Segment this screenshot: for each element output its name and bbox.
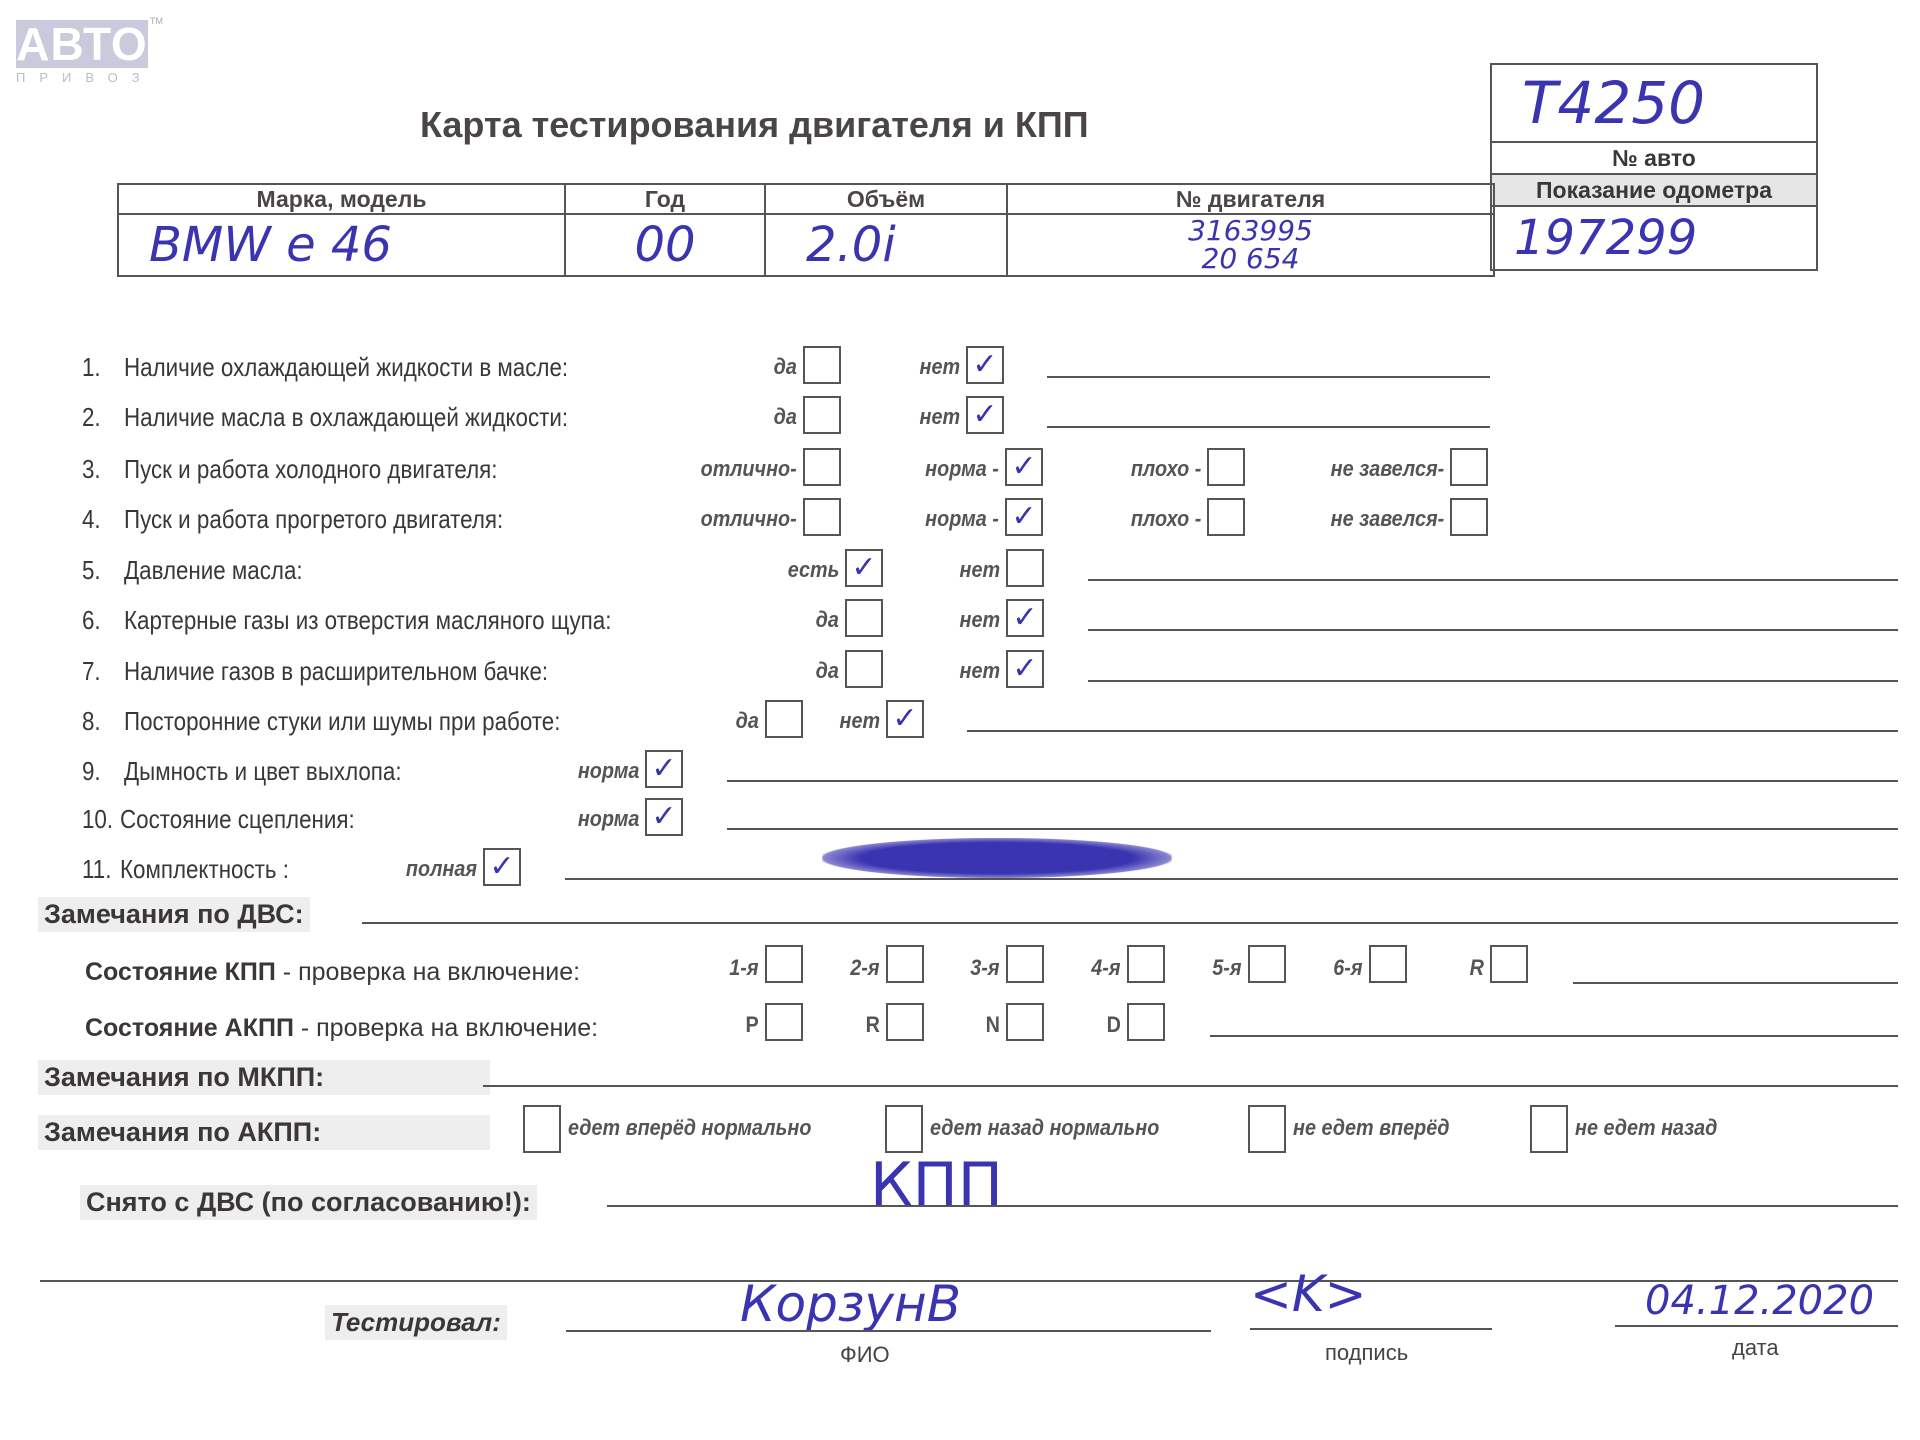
gear-checkbox[interactable] — [765, 1003, 803, 1041]
remarks-auto-label: Замечания по АКПП: — [38, 1115, 490, 1150]
gear-checkbox[interactable] — [765, 945, 803, 983]
option-label: норма — [577, 758, 639, 784]
item-label: Пуск и работа холодного двигателя: — [124, 454, 497, 485]
gear-checkbox[interactable] — [886, 1003, 924, 1041]
item-number: 1. — [82, 352, 101, 383]
option-label: есть — [787, 557, 839, 583]
gear-label: 3-я — [971, 955, 1000, 981]
auto-number: T4250 — [1492, 65, 1816, 143]
logo-trademark: TM — [150, 16, 163, 26]
option-label: норма - — [925, 506, 999, 532]
option-label: нет — [959, 658, 1000, 684]
item-number: 5. — [82, 555, 101, 586]
col-engine-number: № двигателя — [1007, 184, 1494, 214]
gear-checkbox[interactable] — [886, 945, 924, 983]
date-line[interactable] — [1615, 1325, 1898, 1327]
auto-remark-label: не едет вперёд — [1293, 1115, 1450, 1141]
test-date: 04.12.2020 — [1645, 1278, 1874, 1324]
gear-checkbox[interactable] — [1490, 945, 1528, 983]
col-year: Год — [565, 184, 765, 214]
name-caption: ФИО — [840, 1342, 890, 1368]
notes-line[interactable] — [565, 878, 1898, 880]
auto-remark-label: едет назад нормально — [930, 1115, 1159, 1141]
checkbox[interactable] — [765, 700, 803, 738]
item-number: 6. — [82, 605, 101, 636]
item-label: Комплектность : — [120, 854, 289, 885]
checkbox[interactable] — [845, 650, 883, 688]
option-label: норма - — [925, 456, 999, 482]
option-label: да — [774, 404, 797, 430]
checkbox[interactable]: ✓ — [1005, 498, 1043, 536]
checkbox[interactable] — [1006, 549, 1044, 587]
year-value: 00 — [565, 214, 765, 276]
item-number: 2. — [82, 402, 101, 433]
item-label: Давление масла: — [124, 555, 303, 586]
col-model: Марка, модель — [118, 184, 565, 214]
checkbox[interactable]: ✓ — [645, 798, 683, 836]
notes-line[interactable] — [727, 780, 1898, 782]
auto-info-box: T4250 № авто Показание одометра 197299 — [1490, 63, 1818, 271]
gear-label: R — [866, 1012, 880, 1038]
logo-subtitle: ПРИВОЗ — [16, 70, 148, 85]
gear-label: 1-я — [730, 955, 759, 981]
option-label: да — [736, 708, 759, 734]
item-label: Состояние сцепления: — [120, 804, 355, 835]
tester-name: КорзунВ — [740, 1275, 961, 1333]
engine-number-line2: 20 654 — [1008, 245, 1493, 273]
manual-check-line[interactable] — [1573, 982, 1898, 984]
option-label: норма — [577, 806, 639, 832]
removed-label: Снято с ДВС (по согласованию!): — [80, 1185, 537, 1220]
option-label: нет — [919, 404, 960, 430]
notes-line[interactable] — [1047, 376, 1490, 378]
gear-label: P — [746, 1012, 759, 1038]
option-label: да — [816, 658, 839, 684]
gear-checkbox[interactable] — [1248, 945, 1286, 983]
engine-number-value: 3163995 20 654 — [1007, 214, 1494, 276]
item-number: 8. — [82, 706, 101, 737]
gear-checkbox[interactable] — [1369, 945, 1407, 983]
volume-value: 2.0i — [765, 214, 1007, 276]
item-number: 3. — [82, 454, 101, 485]
item-number: 10. — [82, 804, 113, 835]
auto-remark-checkbox[interactable] — [1248, 1105, 1286, 1153]
odometer-value: 197299 — [1492, 207, 1816, 269]
gear-label: D — [1107, 1012, 1121, 1038]
notes-line[interactable] — [967, 730, 1898, 732]
auto-remark-checkbox[interactable] — [523, 1105, 561, 1153]
option-label: отлично- — [701, 506, 797, 532]
item-label: Наличие масла в охлаждающей жидкости: — [124, 402, 568, 433]
checkbox[interactable]: ✓ — [966, 396, 1004, 434]
item-label: Наличие газов в расширительном бачке: — [124, 656, 548, 687]
checkbox[interactable] — [1207, 448, 1245, 486]
notes-line[interactable] — [1088, 680, 1898, 682]
scribbled-out-text — [822, 838, 1172, 878]
option-label: да — [816, 607, 839, 633]
auto-remark-label: не едет назад — [1575, 1115, 1717, 1141]
option-label: нет — [959, 607, 1000, 633]
option-label: плохо - — [1131, 506, 1201, 532]
odometer-label: Показание одометра — [1492, 175, 1816, 207]
gear-label: 4-я — [1092, 955, 1121, 981]
notes-line[interactable] — [727, 828, 1898, 830]
gear-label: 5-я — [1213, 955, 1242, 981]
item-label: Посторонние стуки или шумы при работе: — [124, 706, 560, 737]
option-label: да — [774, 354, 797, 380]
option-label: полная — [406, 856, 477, 882]
checkbox[interactable] — [1450, 448, 1488, 486]
checkbox[interactable]: ✓ — [845, 549, 883, 587]
item-number: 4. — [82, 504, 101, 535]
item-label: Пуск и работа прогретого двигателя: — [124, 504, 503, 535]
item-label: Наличие охлаждающей жидкости в масле: — [124, 352, 568, 383]
logo: АВТО — [16, 20, 148, 68]
option-label: отлично- — [701, 456, 797, 482]
checkbox[interactable]: ✓ — [645, 750, 683, 788]
option-label: плохо - — [1131, 456, 1201, 482]
gear-label: 2-я — [851, 955, 880, 981]
auto-remark-label: едет вперёд нормально — [568, 1115, 811, 1141]
checkbox[interactable]: ✓ — [1006, 650, 1044, 688]
remarks-manual-label: Замечания по МКПП: — [38, 1060, 490, 1095]
gear-label: R — [1470, 955, 1484, 981]
checkbox[interactable] — [1450, 498, 1488, 536]
checkbox[interactable] — [845, 599, 883, 637]
tested-label: Тестировал: — [325, 1305, 507, 1340]
remarks-engine-label: Замечания по ДВС: — [38, 897, 310, 932]
checkbox[interactable] — [803, 448, 841, 486]
date-caption: дата — [1732, 1335, 1779, 1361]
auto-remark-checkbox[interactable] — [885, 1105, 923, 1153]
gear-checkbox[interactable] — [1127, 945, 1165, 983]
notes-line[interactable] — [1088, 629, 1898, 631]
manual-check-label: Состояние КПП - проверка на включение: — [85, 958, 580, 987]
vehicle-header-table: Марка, модель Год Объём № двигателя BMW … — [117, 183, 1495, 277]
checkbox[interactable]: ✓ — [483, 848, 521, 886]
auto-check-line[interactable] — [1210, 1035, 1898, 1037]
checkbox[interactable]: ✓ — [1006, 599, 1044, 637]
col-volume: Объём — [765, 184, 1007, 214]
checkbox[interactable]: ✓ — [966, 346, 1004, 384]
checkbox[interactable] — [1207, 498, 1245, 536]
option-label: нет — [959, 557, 1000, 583]
engine-number-line1: 3163995 — [1008, 217, 1493, 245]
checkbox[interactable]: ✓ — [886, 700, 924, 738]
remarks-manual-line[interactable] — [483, 1085, 1898, 1087]
gear-checkbox[interactable] — [1006, 945, 1044, 983]
gear-label: N — [986, 1012, 1000, 1038]
separator-line — [40, 1280, 1898, 1282]
model-value: BMW e 46 — [118, 214, 565, 276]
checkbox[interactable] — [803, 396, 841, 434]
option-label: нет — [919, 354, 960, 380]
signature: <K> — [1250, 1265, 1367, 1323]
gear-checkbox[interactable] — [1127, 1003, 1165, 1041]
auto-check-label: Состояние АКПП - проверка на включение: — [85, 1014, 598, 1043]
checkbox[interactable]: ✓ — [1005, 448, 1043, 486]
option-label: нет — [839, 708, 880, 734]
removed-value: КПП — [870, 1150, 1003, 1220]
option-label: не завелся- — [1330, 506, 1444, 532]
option-label: не завелся- — [1330, 456, 1444, 482]
notes-line[interactable] — [1088, 579, 1898, 581]
notes-line[interactable] — [1047, 426, 1490, 428]
item-number: 7. — [82, 656, 101, 687]
gear-label: 6-я — [1334, 955, 1363, 981]
name-line[interactable] — [566, 1330, 1211, 1332]
removed-line[interactable] — [607, 1205, 1898, 1207]
auto-remark-checkbox[interactable] — [1530, 1105, 1568, 1153]
item-label: Картерные газы из отверстия масляного щу… — [124, 605, 611, 636]
page-title: Карта тестирования двигателя и КПП — [420, 104, 1089, 146]
item-number: 9. — [82, 756, 101, 787]
auto-number-label: № авто — [1492, 143, 1816, 175]
gear-checkbox[interactable] — [1006, 1003, 1044, 1041]
item-label: Дымность и цвет выхлопа: — [124, 756, 402, 787]
checkbox[interactable] — [803, 346, 841, 384]
item-number: 11. — [82, 854, 111, 885]
checkbox[interactable] — [803, 498, 841, 536]
signature-caption: подпись — [1325, 1340, 1408, 1366]
remarks-engine-line[interactable] — [362, 922, 1898, 924]
signature-line[interactable] — [1250, 1328, 1492, 1330]
